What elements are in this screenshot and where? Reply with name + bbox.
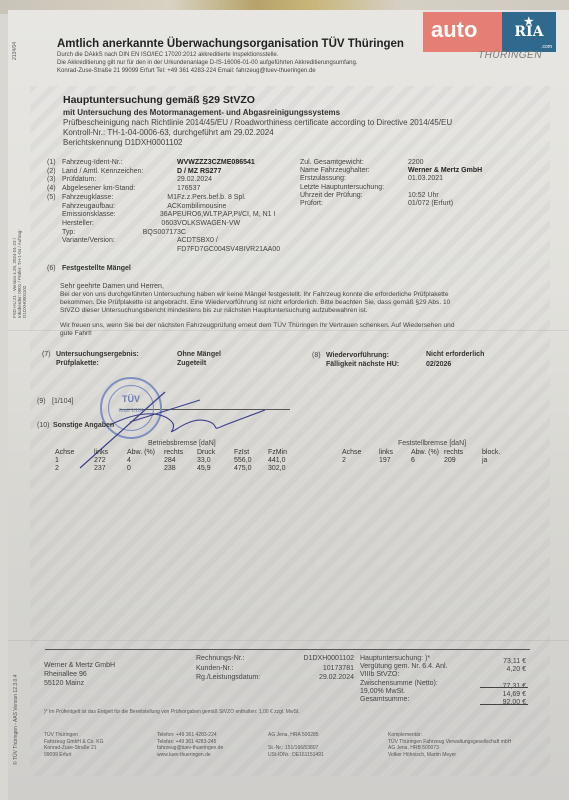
field-label: Zul. Gesamtgewicht: [300, 159, 364, 166]
field-label: Erstzulassung: [300, 175, 346, 182]
invoice-item-label: VIIIb StVZO: [360, 671, 399, 678]
table-header: FzIst [234, 448, 268, 456]
field-value: 10:52 Uhr [408, 192, 439, 199]
table-cell: 197 [379, 456, 411, 464]
invoice-item-label: Vergütung gem. Nr. 6.4. Anl. [360, 663, 448, 670]
footer-line: TÜV Thüringen Fahrzeug Verwaltungsgesell… [388, 739, 511, 745]
field-code: BQS00717 [143, 229, 177, 236]
table-row: 1272428433,0556,0441,0 [55, 456, 298, 464]
table-cell: 284 [164, 456, 197, 464]
field-label: Prüfort: [300, 200, 323, 207]
field-value: WVWZZZ3CZME086541 [177, 159, 255, 166]
accreditation-scope: Die Akkreditierung gilt nur für den in d… [57, 60, 358, 66]
field-label: Prüfdatum: [62, 176, 96, 183]
customer-street: Rheinallee 96 [44, 671, 87, 678]
table-header: block. [482, 448, 512, 456]
table-header: rechts [444, 448, 482, 456]
parking-brake-title: Feststellbremse [daN] [398, 440, 466, 447]
table-row: 2237023845,9475,0302,0 [55, 464, 298, 472]
invoice-item-label: 19,00% MwSt. [360, 688, 405, 695]
field-code: 0603 [161, 220, 177, 227]
invoice-value: D1DXH0001102 [304, 655, 354, 662]
table-cell: 6 [411, 456, 444, 464]
table-header: links [94, 448, 127, 456]
table-cell: 238 [164, 464, 197, 472]
invoice-label: Kunden-Nr.: [196, 665, 233, 672]
field-value: 2200 [408, 159, 424, 166]
field-label: Land / Amtl. Kennzeichen: [62, 168, 143, 175]
defects-text-2: bekommen. Die Prüfplakette ist angebrach… [60, 299, 450, 306]
table-cell: 302,0 [268, 464, 298, 472]
other-number: (10) [37, 422, 49, 429]
side-note-top: 2134/04 [12, 42, 18, 60]
plakette-value: Zugeteilt [177, 360, 206, 367]
invoice-label: Rg./Leistungsdatum: [196, 674, 260, 681]
plakette-label: Prüfplakette: [56, 360, 99, 367]
table-header: Achse [342, 448, 379, 456]
other-heading: Sonstige Angaben [53, 422, 114, 429]
field-label: Letzte Hauptuntersuchung: [300, 184, 384, 191]
field-value: VOLKSWAGEN-VW [177, 220, 240, 227]
field-value: EURO6,WLTP,AP,PI/CI, M, N1 I [177, 211, 275, 218]
customer-name: Werner & Mertz GmbH [44, 662, 115, 669]
invoice-value: 29.02.2024 [319, 674, 354, 681]
footer-line: Fahrzeug GmbH & Co. KG [44, 739, 103, 745]
table-cell: 2 [55, 464, 94, 472]
accreditation-line: Durch die DAkkS nach DIN EN ISO/IEC 1702… [57, 52, 278, 58]
field-number: (4) [47, 185, 56, 192]
field-value: 3C [177, 229, 186, 236]
side-note-bottom: © TÜV Thüringen - AAS Version 12.3.0.4 [13, 675, 19, 766]
footer-line: Volker Höhnisch, Martin Meyer [388, 752, 456, 758]
closing-text-1: Wir freuen uns, wenn Sie bei der nächste… [60, 322, 455, 329]
invoice-item-label: Zwischensumme (Netto): [360, 680, 438, 687]
table-cell: 556,0 [234, 456, 268, 464]
footer-line: Telefon: +49 361 4283-224 [157, 732, 217, 738]
field-label: Abgelesener km-Stand: [62, 185, 135, 192]
report-id: Berichtskennung D1DXH0001102 [63, 138, 182, 147]
field-label: Hersteller: [62, 220, 94, 227]
revisit-value: Nicht erforderlich [426, 351, 484, 358]
table-cell: 441,0 [268, 456, 298, 464]
table-header: links [379, 448, 411, 456]
field-number: (5) [47, 194, 56, 201]
table-cell: 0 [127, 464, 164, 472]
invoice-item-amount: 4,20 € [507, 666, 526, 673]
defects-number: (6) [47, 265, 56, 272]
footer-line: AG Jena, HRA 500285 [268, 732, 319, 738]
table-cell: 33,0 [197, 456, 234, 464]
footer-line: Konrad-Zuse-Straße 21 [44, 745, 97, 751]
field-code: 36AP [160, 211, 177, 218]
footer-line: USt-IDNr.: DE161151491 [268, 752, 324, 758]
field-label: Emissionsklasse: [62, 211, 116, 218]
table-cell: 209 [444, 456, 482, 464]
service-brake-table: AchselinksAbw. (%)rechtsDruckFzIstFzMin1… [55, 448, 298, 472]
result-label: Untersuchungsergebnis: [56, 351, 139, 358]
next-hu-value: 02/2026 [426, 361, 451, 368]
parking-brake-table: AchselinksAbw. (%)rechtsblock.21976209ja [342, 448, 512, 464]
total-rule [480, 704, 528, 705]
tuv-thuringen-wordmark: THÜRINGEN [478, 50, 542, 61]
field-number: (2) [47, 168, 56, 175]
footer-line: Komplementär: [388, 732, 422, 738]
table-cell: 272 [94, 456, 127, 464]
table-cell: 475,0 [234, 464, 268, 472]
field-value: Kombilimousine [177, 203, 226, 210]
side-note-middle: FSD HU.21 - Version 4.20, 2024-01-23 / I… [12, 228, 27, 318]
table-cell: ja [482, 456, 512, 464]
footer-line: TÜV Thüringen [44, 732, 78, 738]
signature-number: (9) [37, 398, 46, 405]
closing-text-2: gute Fahrt! [60, 330, 92, 337]
certificate-line: Prüfbescheinigung nach Richtlinie 2014/4… [63, 118, 452, 127]
field-value: FD7FD7GC004SV4BIVR21AA00 [177, 246, 280, 253]
paper-fold [8, 330, 569, 331]
next-hu-label: Fälligkeit nächste HU: [326, 361, 399, 368]
invoice-footnote: )* Im Prüfentgelt ist das Entgelt für di… [44, 709, 300, 715]
invoice-divider [45, 649, 530, 650]
field-label: Typ: [62, 229, 75, 236]
footer-line: 99099 Erfurt [44, 752, 72, 758]
table-cell: 1 [55, 456, 94, 464]
defects-heading: Festgestellte Mängel [62, 265, 131, 272]
invoice-item-amount: 14,69 € [503, 691, 526, 698]
table-header: Abw. (%) [127, 448, 164, 456]
report-subtitle: mit Untersuchung des Motormanagement- un… [63, 108, 340, 117]
table-header: FzMin [268, 448, 298, 456]
field-label: Fahrzeugklasse: [62, 194, 113, 201]
table-cell: 4 [127, 456, 164, 464]
paper-fold [8, 640, 569, 641]
footer-line: St.-Nr.: 151/166/53807 [268, 745, 318, 751]
invoice-label: Rechnungs-Nr.: [196, 655, 245, 662]
star-icon: ★ [524, 15, 534, 28]
footer-line: Telefax: +49 361 4283-245 [157, 739, 216, 745]
field-label: Name Fahrzeughalter: [300, 167, 370, 174]
revisit-number: (8) [312, 352, 321, 359]
logo-auto: auto [423, 12, 502, 52]
revisit-label: Wiedervorführung: [326, 352, 389, 359]
table-header: Abw. (%) [411, 448, 444, 456]
org-title: Amtlich anerkannte Überwachungsorganisat… [57, 38, 404, 50]
field-value: Werner & Mertz GmbH [408, 167, 482, 174]
field-value: D / MZ RS277 [177, 168, 221, 175]
report-title: Hauptuntersuchung gemäß §29 StVZO [63, 94, 255, 106]
table-cell: 45,9 [197, 464, 234, 472]
result-number: (7) [42, 351, 51, 358]
table-cell: 237 [94, 464, 127, 472]
table-header: Achse [55, 448, 94, 456]
field-label: Uhrzeit der Prüfung: [300, 192, 363, 199]
field-value: 01/072 (Erfurt) [408, 200, 453, 207]
field-number: (3) [47, 176, 56, 183]
invoice-value: 10173781 [323, 665, 354, 672]
field-value: 176537 [177, 185, 200, 192]
field-value: 29.02.2024 [177, 176, 212, 183]
invoice-item-label: Gesamtsumme: [360, 696, 409, 703]
defects-text-1: Bei der von uns durchgeführten Untersuch… [60, 291, 449, 298]
field-code: M1 [167, 194, 177, 201]
field-value: ACDTSBX0 / [177, 237, 218, 244]
field-value: Fz.z.Pers.bef.b. 8 Spl. [177, 194, 246, 201]
table-row: 21976209ja [342, 456, 512, 464]
field-label: Variante/Version: [62, 237, 115, 244]
table-cell: 2 [342, 456, 379, 464]
field-number: (1) [47, 159, 56, 166]
field-code: AC [167, 203, 177, 210]
footer-line: www.tuev-thueringen.de [157, 752, 211, 758]
invoice-item-amount: 73,11 € [503, 658, 526, 665]
footer-line: AG Jena, HRB 500073 [388, 745, 439, 751]
org-address: Konrad-Zuse-Straße 21 99099 Erfurt Tel: … [57, 68, 316, 74]
total-rule [480, 687, 528, 688]
greeting: Sehr geehrte Damen und Herren, [60, 283, 164, 290]
service-brake-title: Betriebsbremse [daN] [148, 440, 216, 447]
result-value: Ohne Mängel [177, 351, 221, 358]
footer-line: fahrzeug@tuev-thueringen.de [157, 745, 223, 751]
field-label: Fahrzeug-Ident-Nr.: [62, 159, 123, 166]
invoice-item-label: Hauptuntersuchung: )* [360, 655, 430, 662]
control-number: Kontroll-Nr.: TH-1-04-0006-63, durchgefü… [63, 128, 274, 137]
table-header: rechts [164, 448, 197, 456]
logo-suffix: .com [541, 44, 552, 50]
field-value: 01.03.2021 [408, 175, 443, 182]
autoria-logo: auto ★ RIA .com [423, 12, 556, 54]
defects-text-3: StVZO dieser Untersuchungsbericht mindes… [60, 307, 368, 314]
table-header: Druck [197, 448, 234, 456]
customer-city: 55120 Mainz [44, 680, 84, 687]
field-label: Fahrzeugaufbau: [62, 203, 115, 210]
